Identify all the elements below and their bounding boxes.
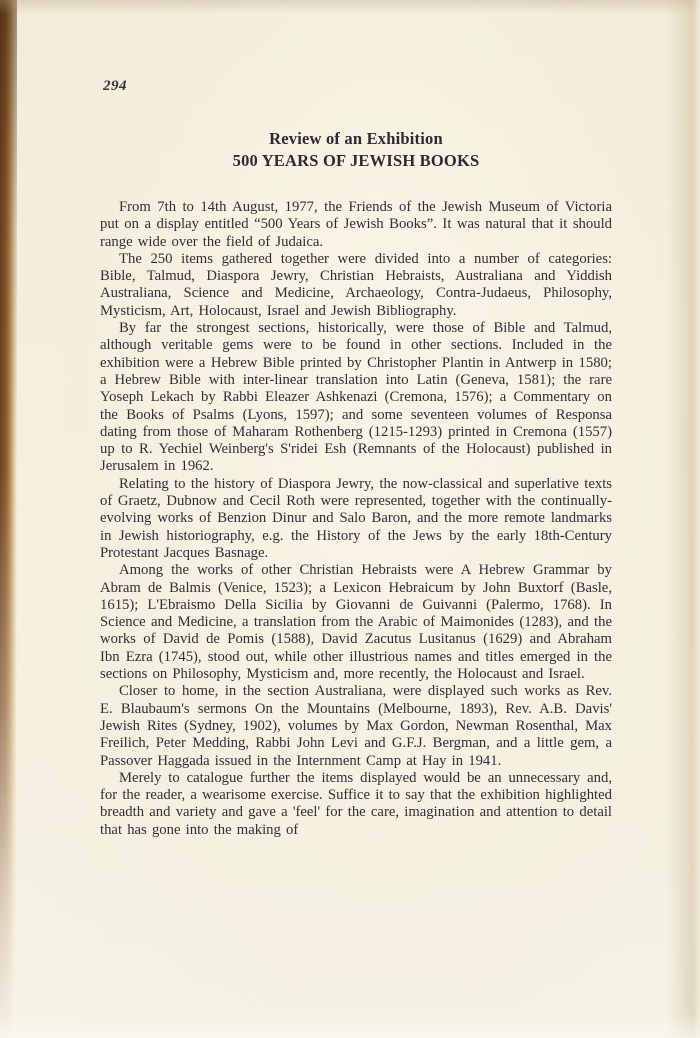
paragraph-australiana: Closer to home, in the section Australia…	[100, 683, 612, 769]
paragraph-closing: Merely to catalogue further the items di…	[100, 770, 612, 839]
page-right-edge-shading	[666, 0, 700, 1038]
page-number: 294	[103, 78, 127, 95]
page-top-shadow	[0, 0, 700, 14]
paragraph-hebraists: Among the works of other Christian Hebra…	[100, 562, 612, 683]
exhibition-title: 500 YEARS OF JEWISH BOOKS	[100, 150, 612, 172]
paragraph-intro: From 7th to 14th August, 1977, the Frien…	[100, 199, 612, 251]
paragraph-bible-talmud: By far the strongest sections, historica…	[100, 320, 612, 476]
article-title-block: Review of an Exhibition 500 YEARS OF JEW…	[100, 128, 612, 172]
page-binding-edge-shading	[0, 0, 17, 1038]
scanned-page: 294 Review of an Exhibition 500 YEARS OF…	[0, 0, 700, 1038]
review-title: Review of an Exhibition	[100, 128, 612, 150]
paragraph-categories: The 250 items gathered together were div…	[100, 251, 612, 320]
paragraph-diaspora: Relating to the history of Diaspora Jewr…	[100, 476, 612, 562]
article-body: From 7th to 14th August, 1977, the Frien…	[100, 199, 612, 839]
page-bottom-shading	[0, 1012, 700, 1038]
